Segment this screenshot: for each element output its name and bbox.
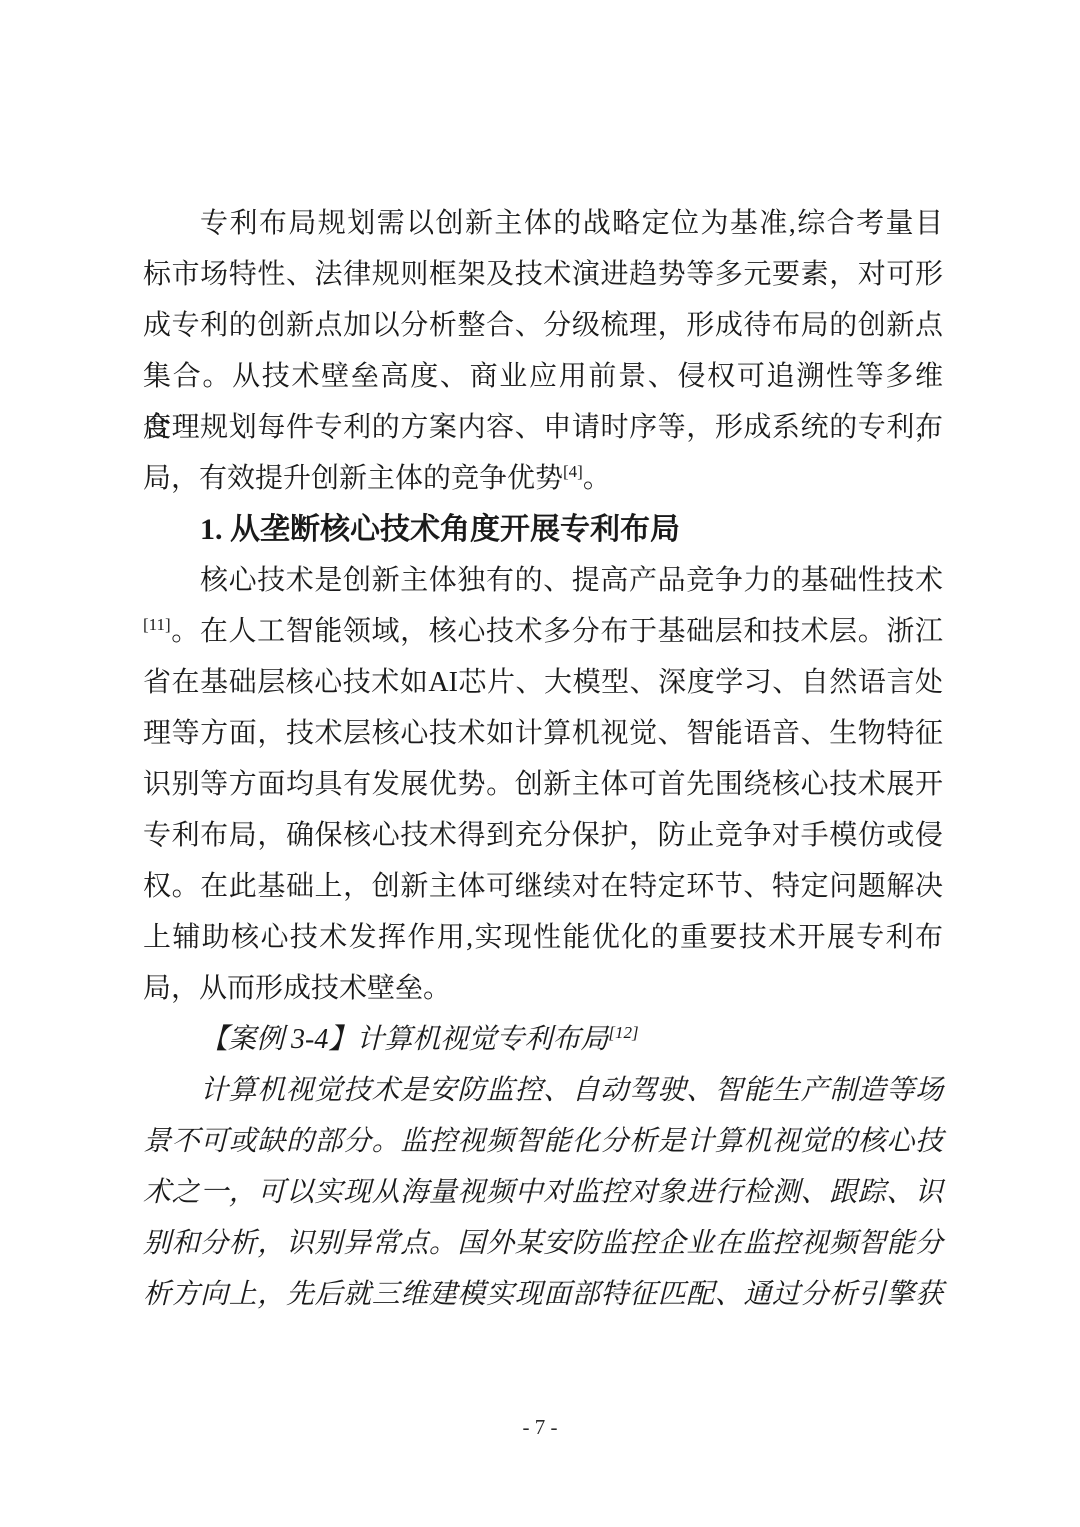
para1-line6-text: 局，有效提升创新主体的竞争优势: [143, 463, 563, 494]
footnote-ref-11: [11]: [143, 615, 171, 634]
para2-line5: 识别等方面均具有发展优势。创新主体可首先围绕核心技术展开: [143, 759, 943, 810]
para2-line2-text: 。在人工智能领域，核心技术多分布于基础层和技术层。浙江: [171, 616, 943, 647]
footnote-ref-12: [12]: [608, 1023, 638, 1042]
para1-line5: 合理规划每件专利的方案内容、申请时序等，形成系统的专利布: [143, 402, 943, 453]
para2-line1: 核心技术是创新主体独有的、提高产品竞争力的基础性技术: [143, 555, 943, 606]
para1-line2: 标市场特性、法律规则框架及技术演进趋势等多元要素，对可形: [143, 249, 943, 300]
para3-line2: 景不可或缺的部分。监控视频智能化分析是计算机视觉的核心技: [143, 1116, 943, 1167]
para2-line6: 专利布局，确保核心技术得到充分保护，防止竞争对手模仿或侵: [143, 810, 943, 861]
para3-line3: 术之一，可以实现从海量视频中对监控对象进行检测、跟踪、识: [143, 1167, 943, 1218]
para2-line7: 权。在此基础上，创新主体可继续对在特定环节、特定问题解决: [143, 861, 943, 912]
footnote-ref-4: [4]: [563, 462, 583, 481]
para2-line9: 局，从而形成技术壁垒。: [143, 963, 943, 1014]
case-title: 【案例 3-4】计算机视觉专利布局[12]: [143, 1014, 943, 1065]
para2-line8: 上辅助核心技术发挥作用,实现性能优化的重要技术开展专利布: [143, 912, 943, 963]
case-title-text: 【案例 3-4】计算机视觉专利布局: [200, 1024, 608, 1055]
para1-line1: 专利布局规划需以创新主体的战略定位为基准,综合考量目: [143, 198, 943, 249]
para2-line4: 理等方面，技术层核心技术如计算机视觉、智能语音、生物特征: [143, 708, 943, 759]
para1-line6: 局，有效提升创新主体的竞争优势[4]。: [143, 453, 943, 504]
para3-line5: 析方向上，先后就三维建模实现面部特征匹配、通过分析引擎获: [143, 1269, 943, 1320]
document-page: 专利布局规划需以创新主体的战略定位为基准,综合考量目 标市场特性、法律规则框架及…: [0, 0, 1080, 1527]
para1-line3: 成专利的创新点加以分析整合、分级梳理，形成待布局的创新点: [143, 300, 943, 351]
page-number: - 7 -: [0, 1412, 1080, 1442]
para1-line6-end: 。: [583, 463, 611, 494]
para3-line4: 别和分析，识别异常点。国外某安防监控企业在监控视频智能分: [143, 1218, 943, 1269]
text-block: 专利布局规划需以创新主体的战略定位为基准,综合考量目 标市场特性、法律规则框架及…: [143, 198, 943, 1320]
para2-line3: 省在基础层核心技术如AI芯片、大模型、深度学习、自然语言处: [143, 657, 943, 708]
para2-line2: [11]。在人工智能领域，核心技术多分布于基础层和技术层。浙江: [143, 606, 943, 657]
section-heading-1: 1. 从垄断核心技术角度开展专利布局: [143, 504, 943, 555]
para1-line4: 集合。从技术壁垒高度、商业应用前景、侵权可追溯性等多维度，: [143, 351, 943, 402]
para3-line1: 计算机视觉技术是安防监控、自动驾驶、智能生产制造等场: [143, 1065, 943, 1116]
